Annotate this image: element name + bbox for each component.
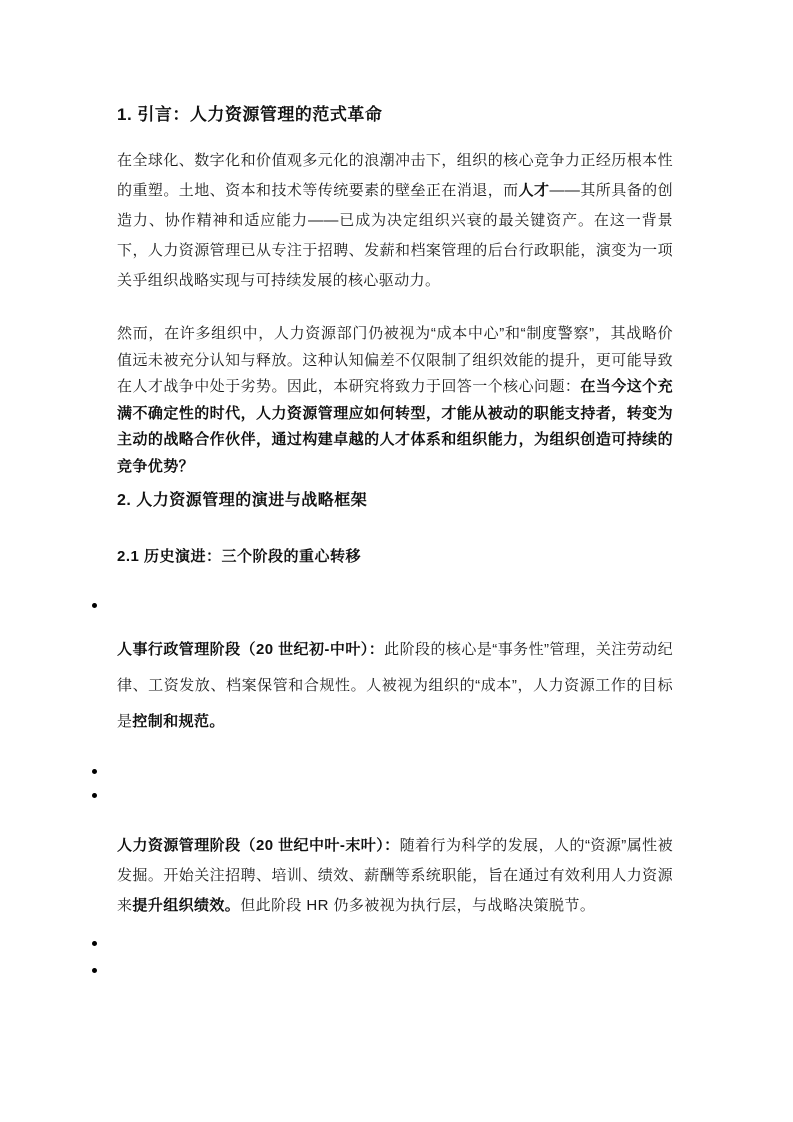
text-run: 但此阶段 HR 仍多被视为执行层，与战略决策脱节。 — [240, 897, 595, 914]
bold-text-run: 人力资源管理阶段（20 世纪中叶-末叶）： — [117, 837, 400, 854]
bullet-icon — [92, 769, 97, 774]
bullet-icon — [92, 968, 97, 973]
bold-text-run: 人事行政管理阶段（20 世纪初-中叶）： — [117, 641, 384, 658]
paragraph-personnel-admin-stage: 人事行政管理阶段（20 世纪初-中叶）：此阶段的核心是“事务性”管理，关注劳动纪… — [117, 632, 673, 740]
bold-text-run: 提升组织绩效。 — [132, 897, 240, 914]
paragraph-intro-context: 在全球化、数字化和价值观多元化的浪潮冲击下，组织的核心竞争力正经历根本性的重塑。… — [117, 146, 673, 296]
paragraph-hr-management-stage: 人力资源管理阶段（20 世纪中叶-末叶）：随着行为科学的发展，人的“资源”属性被… — [117, 831, 673, 921]
bullet-icon — [92, 793, 97, 798]
heading-evolution-framework: 2. 人力资源管理的演进与战略框架 — [117, 487, 673, 510]
paragraph-core-question: 然而，在许多组织中，人力资源部门仍被视为“成本中心”和“制度警察”，其战略价值远… — [117, 321, 673, 480]
bold-text-run: 人才 — [519, 182, 550, 199]
heading-introduction: 1. 引言：人力资源管理的范式革命 — [117, 100, 673, 125]
heading-historical-stages: 2.1 历史演进：三个阶段的重心转移 — [117, 545, 673, 566]
bullet-icon — [92, 941, 97, 946]
bullet-icon — [92, 603, 97, 608]
document-page: 1. 引言：人力资源管理的范式革命 在全球化、数字化和价值观多元化的浪潮冲击下，… — [0, 0, 793, 1122]
bold-text-run: 控制和规范。 — [132, 713, 224, 730]
